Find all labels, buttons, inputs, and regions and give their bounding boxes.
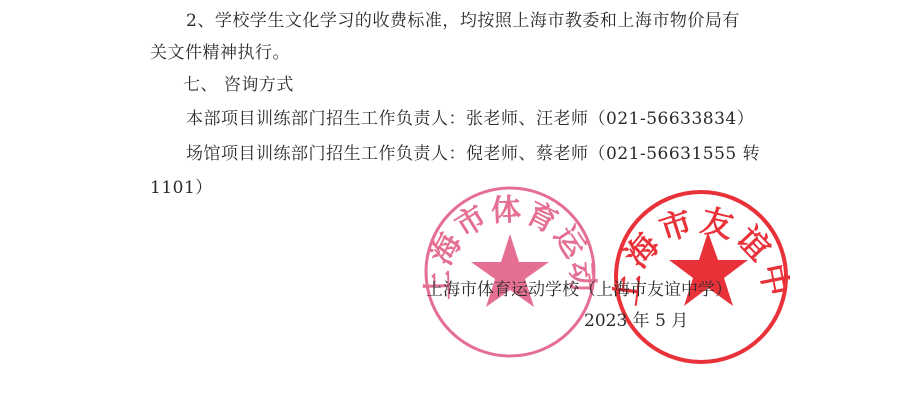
contact-line-venue-ext: 1101） bbox=[150, 173, 213, 198]
contact-line-main: 本部项目训练部门招生工作负责人：张老师、汪老师（021-56633834） bbox=[186, 104, 754, 129]
fee-paragraph-line2: 关文件精神执行。 bbox=[150, 38, 290, 63]
signature-date: 2023 年 5 月 bbox=[584, 306, 688, 331]
fee-paragraph-line1: 2、学校学生文化学习的收费标准，均按照上海市教委和上海市物价局有 bbox=[186, 6, 740, 31]
signature-organization: 上海市体育运动学校（上海市友谊中学） bbox=[426, 275, 732, 300]
contact-line-venue: 场馆项目训练部门招生工作负责人：倪老师、蔡老师（021-56631555 转 bbox=[186, 139, 760, 164]
section-heading-consultation: 七、 咨询方式 bbox=[183, 70, 294, 95]
seal-sports-school: 上海市体育运动学校 bbox=[422, 184, 598, 360]
seal-sports-school-icon: 上海市体育运动学校 bbox=[422, 184, 598, 360]
